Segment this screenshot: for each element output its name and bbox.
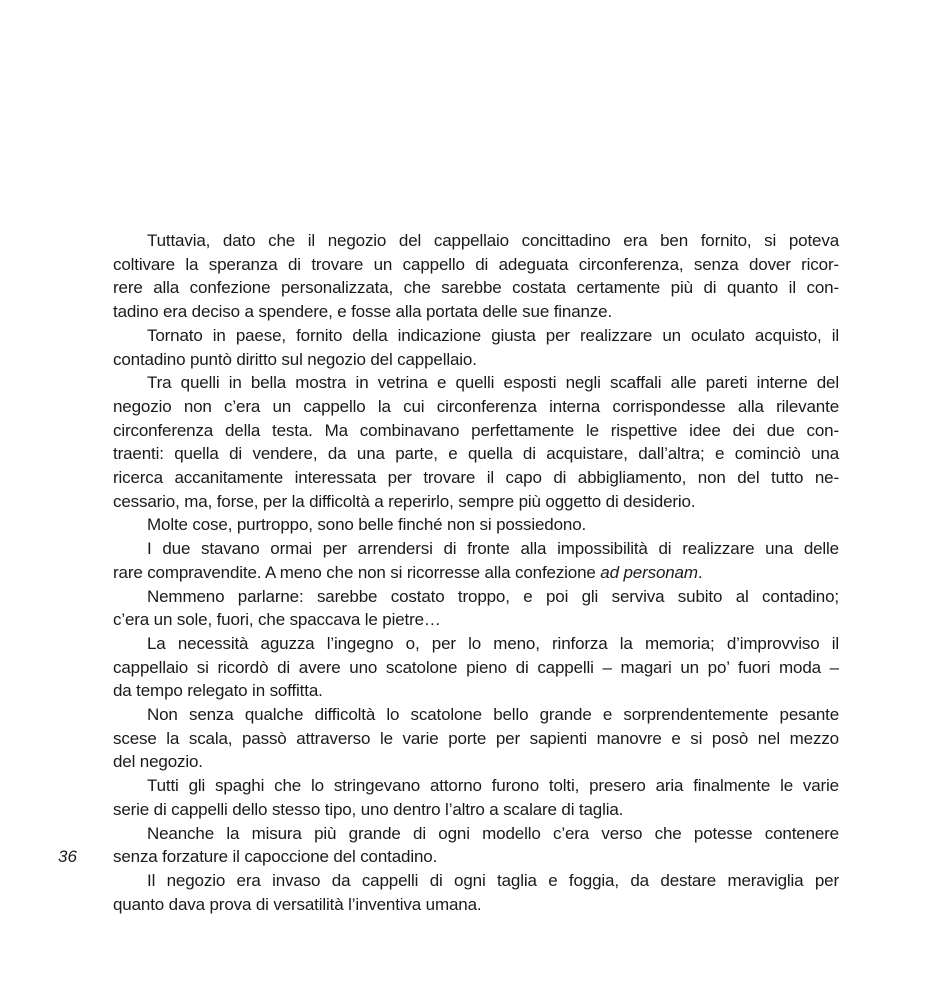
text-line: rare compravendite. A meno che non si ri… — [113, 561, 839, 585]
page-number: 36 — [58, 845, 77, 869]
text-line: Tra quelli in bella mostra in vetrina e … — [113, 371, 839, 395]
paragraph: La necessità aguzza l’ingegno o, per lo … — [113, 632, 839, 703]
text-line: Neanche la misura più grande di ogni mod… — [113, 822, 839, 846]
book-page: Tuttavia, dato che il negozio del cappel… — [0, 0, 942, 1000]
text-line: Il negozio era invaso da cappelli di ogn… — [113, 869, 839, 893]
text-line: La necessità aguzza l’ingegno o, per lo … — [113, 632, 839, 656]
text-line: Non senza qualche difficoltà lo scatolon… — [113, 703, 839, 727]
text-line: serie di cappelli dello stesso tipo, uno… — [113, 798, 839, 822]
text-line: I due stavano ormai per arrendersi di fr… — [113, 537, 839, 561]
text-line: Nemmeno parlarne: sarebbe costato troppo… — [113, 585, 839, 609]
text-line: cappellaio si ricordò di avere uno scato… — [113, 656, 839, 680]
text-run: rare compravendite. A meno che non si ri… — [113, 563, 600, 582]
paragraph: I due stavano ormai per arrendersi di fr… — [113, 537, 839, 584]
text-line: scese la scala, passò attraverso le vari… — [113, 727, 839, 751]
paragraph: Non senza qualche difficoltà lo scatolon… — [113, 703, 839, 774]
text-line: del negozio. — [113, 750, 839, 774]
text-line: senza forzature il capoccione del contad… — [113, 845, 839, 869]
paragraph: Tutti gli spaghi che lo stringevano atto… — [113, 774, 839, 821]
paragraph: Tuttavia, dato che il negozio del cappel… — [113, 229, 839, 324]
text-line: contadino puntò diritto sul negozio del … — [113, 348, 839, 372]
text-line: c’era un sole, fuori, che spaccava le pi… — [113, 608, 839, 632]
text-line: tadino era deciso a spendere, e fosse al… — [113, 300, 839, 324]
text-line: cessario, ma, forse, per la difficoltà a… — [113, 490, 839, 514]
text-line: ricerca accanitamente interessata per tr… — [113, 466, 839, 490]
text-line: negozio non c’era un cappello la cui cir… — [113, 395, 839, 419]
text-line: circonferenza della testa. Ma combinavan… — [113, 419, 839, 443]
paragraph: Tra quelli in bella mostra in vetrina e … — [113, 371, 839, 513]
text-run: . — [698, 563, 703, 582]
italic-phrase: ad personam — [600, 563, 698, 582]
text-line: Tuttavia, dato che il negozio del cappel… — [113, 229, 839, 253]
paragraph: Neanche la misura più grande di ogni mod… — [113, 822, 839, 869]
body-text: Tuttavia, dato che il negozio del cappel… — [113, 229, 839, 916]
text-line: quanto dava prova di versatilità l’inven… — [113, 893, 839, 917]
text-line: Molte cose, purtroppo, sono belle finché… — [113, 513, 839, 537]
paragraph: Tornato in paese, fornito della indicazi… — [113, 324, 839, 371]
paragraph: Il negozio era invaso da cappelli di ogn… — [113, 869, 839, 916]
text-line: da tempo relegato in soffitta. — [113, 679, 839, 703]
paragraph: Nemmeno parlarne: sarebbe costato troppo… — [113, 585, 839, 632]
text-line: coltivare la speranza di trovare un capp… — [113, 253, 839, 277]
text-line: rere alla confezione personalizzata, che… — [113, 276, 839, 300]
text-line: traenti: quella di vendere, da una parte… — [113, 442, 839, 466]
text-line: Tornato in paese, fornito della indicazi… — [113, 324, 839, 348]
text-line: Tutti gli spaghi che lo stringevano atto… — [113, 774, 839, 798]
paragraph: Molte cose, purtroppo, sono belle finché… — [113, 513, 839, 537]
